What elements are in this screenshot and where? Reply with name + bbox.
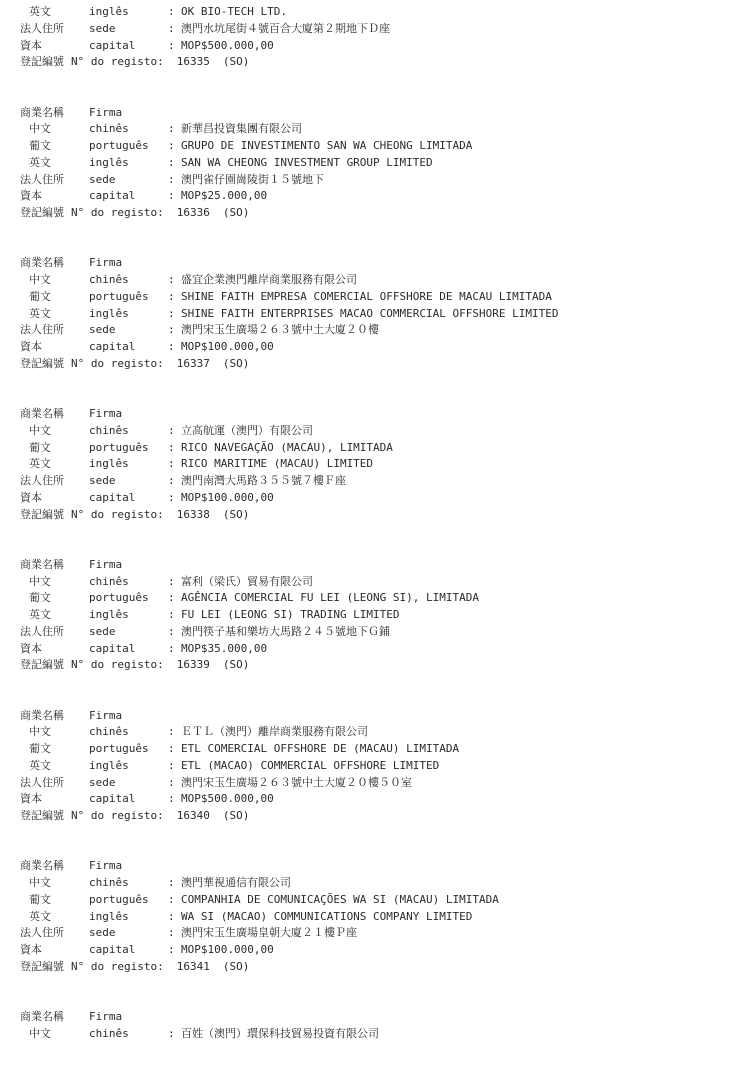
label-portugues-zh: 葡文: [20, 590, 89, 607]
label-sede-pt: sede: [89, 775, 168, 792]
company-name-portuguese: AGÊNCIA COMERCIAL FU LEI (LEONG SI), LIM…: [181, 590, 479, 607]
company-name-portuguese-row: 葡文português:ETL COMERCIAL OFFSHORE DE (M…: [20, 741, 741, 758]
capital-amount-row: 資本capital:MOP$500.000,00: [20, 38, 741, 55]
label-firma-zh: 商業名稱: [20, 557, 89, 574]
company-name-english-row: 英文inglês:SAN WA CHEONG INVESTMENT GROUP …: [20, 155, 741, 172]
company-name-portuguese: RICO NAVEGAÇÃO (MACAU), LIMITADA: [181, 440, 393, 457]
company-name-portuguese-row: 葡文português:RICO NAVEGAÇÃO (MACAU), LIMI…: [20, 440, 741, 457]
colon: :: [168, 624, 181, 641]
label-registo-zh: 登記編號: [20, 657, 64, 674]
capital-amount-row: 資本capital:MOP$500.000,00: [20, 791, 741, 808]
company-name-portuguese: COMPANHIA DE COMUNICAÇÕES WA SI (MACAU) …: [181, 892, 499, 909]
company-name-english: ETL (MACAO) COMMERCIAL OFFSHORE LIMITED: [181, 758, 439, 775]
label-ingles-pt: inglês: [89, 306, 168, 323]
label-capital-pt: capital: [89, 339, 168, 356]
colon: :: [168, 339, 181, 356]
label-capital-zh: 資本: [20, 490, 89, 507]
company-name-english-row: 英文inglês:OK BIO-TECH LTD.: [20, 4, 741, 21]
company-name-english: RICO MARITIME (MACAU) LIMITED: [181, 456, 373, 473]
capital-amount: MOP$100.000,00: [181, 942, 274, 959]
label-portugues-zh: 葡文: [20, 440, 89, 457]
registration-suffix: (SO): [223, 356, 250, 373]
registration-number: 16341: [177, 959, 210, 976]
capital-amount: MOP$500.000,00: [181, 38, 274, 55]
registered-office: 澳門宋玉生廣場２６３號中土大廈２０樓５０室: [181, 775, 412, 792]
registration-number: 16335: [177, 54, 210, 71]
label-ingles-pt: inglês: [89, 758, 168, 775]
registered-office-row: 法人住所sede:澳門水坑尾街４號百合大廈第２期地下Ｄ座: [20, 21, 741, 38]
label-capital-pt: capital: [89, 490, 168, 507]
registration-number-row: 登記編號N° do registo:16341(SO): [20, 959, 741, 976]
label-registo-pt: N° do registo:: [71, 356, 164, 373]
colon: :: [168, 590, 181, 607]
label-chines-pt: chinês: [89, 574, 168, 591]
label-registo-pt: N° do registo:: [71, 657, 164, 674]
label-sede-zh: 法人住所: [20, 925, 89, 942]
label-capital-pt: capital: [89, 38, 168, 55]
registration-number-row: 登記編號N° do registo:16335(SO): [20, 54, 741, 71]
colon: :: [168, 289, 181, 306]
registration-number-row: 登記編號N° do registo:16337(SO): [20, 356, 741, 373]
label-ingles-zh: 英文: [20, 306, 89, 323]
registration-number-row: 登記編號N° do registo:16338(SO): [20, 507, 741, 524]
registration-entry: 商業名稱Firma中文chinês:澳門華視通信有限公司葡文português:…: [20, 858, 741, 975]
registered-office: 澳門南灣大馬路３５５號７樓Ｆ座: [181, 473, 346, 490]
label-chines-zh: 中文: [20, 1026, 89, 1043]
company-name-chinese: ＥＴＬ（澳門）離岸商業服務有限公司: [181, 724, 368, 741]
label-firma-zh: 商業名稱: [20, 255, 89, 272]
label-ingles-zh: 英文: [20, 607, 89, 624]
label-portugues-zh: 葡文: [20, 138, 89, 155]
colon: :: [168, 38, 181, 55]
registered-office-row: 法人住所sede:澳門南灣大馬路３５５號７樓Ｆ座: [20, 473, 741, 490]
label-sede-zh: 法人住所: [20, 473, 89, 490]
label-sede-zh: 法人住所: [20, 775, 89, 792]
label-portugues-zh: 葡文: [20, 892, 89, 909]
label-portugues-pt: português: [89, 289, 168, 306]
firma-header-row: 商業名稱Firma: [20, 1009, 741, 1026]
registration-entry: 商業名稱Firma中文chinês:立高航運（澳門）有限公司葡文portuguê…: [20, 406, 741, 523]
label-firma-pt: Firma: [89, 105, 168, 122]
capital-amount: MOP$500.000,00: [181, 791, 274, 808]
colon: :: [168, 892, 181, 909]
label-portugues-pt: português: [89, 741, 168, 758]
label-sede-pt: sede: [89, 21, 168, 38]
colon: :: [168, 574, 181, 591]
company-name-portuguese-row: 葡文português:GRUPO DE INVESTIMENTO SAN WA…: [20, 138, 741, 155]
label-registo-pt: N° do registo:: [71, 507, 164, 524]
colon: :: [168, 121, 181, 138]
label-registo-zh: 登記編號: [20, 959, 64, 976]
label-capital-zh: 資本: [20, 791, 89, 808]
company-name-portuguese: GRUPO DE INVESTIMENTO SAN WA CHEONG LIMI…: [181, 138, 472, 155]
label-sede-pt: sede: [89, 322, 168, 339]
label-chines-zh: 中文: [20, 574, 89, 591]
company-name-chinese-row: 中文chinês:百姓（澳門）環保科技貿易投資有限公司: [20, 1026, 741, 1043]
firma-header-row: 商業名稱Firma: [20, 105, 741, 122]
firma-header-row: 商業名稱Firma: [20, 557, 741, 574]
registration-suffix: (SO): [223, 657, 250, 674]
colon: :: [168, 306, 181, 323]
label-firma-zh: 商業名稱: [20, 406, 89, 423]
label-capital-pt: capital: [89, 188, 168, 205]
gazette-page: 英文inglês:OK BIO-TECH LTD.法人住所sede:澳門水坑尾街…: [0, 0, 749, 1067]
label-chines-pt: chinês: [89, 423, 168, 440]
colon: :: [168, 741, 181, 758]
registered-office-row: 法人住所sede:澳門雀仔園崗陵街１５號地下: [20, 172, 741, 189]
company-name-english: SAN WA CHEONG INVESTMENT GROUP LIMITED: [181, 155, 433, 172]
colon: :: [168, 188, 181, 205]
label-registo-pt: N° do registo:: [71, 54, 164, 71]
capital-amount-row: 資本capital:MOP$100.000,00: [20, 942, 741, 959]
label-chines-zh: 中文: [20, 121, 89, 138]
colon: :: [168, 724, 181, 741]
label-ingles-zh: 英文: [20, 155, 89, 172]
label-registo-pt: N° do registo:: [71, 205, 164, 222]
registration-suffix: (SO): [223, 959, 250, 976]
label-ingles-zh: 英文: [20, 909, 89, 926]
company-name-portuguese-row: 葡文português:SHINE FAITH EMPRESA COMERCIA…: [20, 289, 741, 306]
company-name-chinese: 百姓（澳門）環保科技貿易投資有限公司: [181, 1026, 379, 1043]
label-capital-zh: 資本: [20, 942, 89, 959]
colon: :: [168, 490, 181, 507]
label-portugues-zh: 葡文: [20, 741, 89, 758]
label-portugues-pt: português: [89, 892, 168, 909]
label-capital-zh: 資本: [20, 641, 89, 658]
registration-number: 16338: [177, 507, 210, 524]
label-ingles-zh: 英文: [20, 758, 89, 775]
registration-number-row: 登記編號N° do registo:16340(SO): [20, 808, 741, 825]
label-firma-zh: 商業名稱: [20, 708, 89, 725]
registered-office: 澳門筷子基和樂坊大馬路２４５號地下Ｇ鋪: [181, 624, 390, 641]
label-capital-pt: capital: [89, 942, 168, 959]
colon: :: [168, 172, 181, 189]
registration-entry: 商業名稱Firma中文chinês:百姓（澳門）環保科技貿易投資有限公司: [20, 1009, 741, 1043]
label-capital-zh: 資本: [20, 38, 89, 55]
registration-number: 16337: [177, 356, 210, 373]
registration-entries: 英文inglês:OK BIO-TECH LTD.法人住所sede:澳門水坑尾街…: [20, 4, 741, 1043]
label-sede-pt: sede: [89, 172, 168, 189]
company-name-portuguese: ETL COMERCIAL OFFSHORE DE (MACAU) LIMITA…: [181, 741, 459, 758]
registration-suffix: (SO): [223, 808, 250, 825]
colon: :: [168, 423, 181, 440]
label-chines-pt: chinês: [89, 724, 168, 741]
registration-number-row: 登記編號N° do registo:16339(SO): [20, 657, 741, 674]
company-name-chinese: 富利（梁氏）貿易有限公司: [181, 574, 313, 591]
registered-office: 澳門宋玉生廣場皇朝大廈２１樓Ｐ座: [181, 925, 357, 942]
colon: :: [168, 1026, 181, 1043]
label-registo-pt: N° do registo:: [71, 959, 164, 976]
label-registo-zh: 登記編號: [20, 205, 64, 222]
label-firma-zh: 商業名稱: [20, 858, 89, 875]
capital-amount-row: 資本capital:MOP$100.000,00: [20, 339, 741, 356]
colon: :: [168, 138, 181, 155]
registered-office: 澳門水坑尾街４號百合大廈第２期地下Ｄ座: [181, 21, 390, 38]
company-name-chinese: 新華昌投資集團有限公司: [181, 121, 302, 138]
label-firma-pt: Firma: [89, 708, 168, 725]
registered-office: 澳門雀仔園崗陵街１５號地下: [181, 172, 324, 189]
capital-amount: MOP$100.000,00: [181, 490, 274, 507]
registration-suffix: (SO): [223, 54, 250, 71]
label-portugues-pt: português: [89, 440, 168, 457]
label-chines-zh: 中文: [20, 272, 89, 289]
colon: :: [168, 775, 181, 792]
company-name-chinese: 立高航運（澳門）有限公司: [181, 423, 313, 440]
label-ingles-pt: inglês: [89, 4, 168, 21]
firma-header-row: 商業名稱Firma: [20, 406, 741, 423]
registration-suffix: (SO): [223, 507, 250, 524]
firma-header-row: 商業名稱Firma: [20, 255, 741, 272]
label-chines-pt: chinês: [89, 875, 168, 892]
label-chines-zh: 中文: [20, 875, 89, 892]
colon: :: [168, 641, 181, 658]
registered-office-row: 法人住所sede:澳門筷子基和樂坊大馬路２４５號地下Ｇ鋪: [20, 624, 741, 641]
label-portugues-pt: português: [89, 138, 168, 155]
label-portugues-zh: 葡文: [20, 289, 89, 306]
label-ingles-pt: inglês: [89, 456, 168, 473]
colon: :: [168, 875, 181, 892]
company-name-english-row: 英文inglês:WA SI (MACAO) COMMUNICATIONS CO…: [20, 909, 741, 926]
colon: :: [168, 155, 181, 172]
label-firma-pt: Firma: [89, 1009, 168, 1026]
label-sede-zh: 法人住所: [20, 21, 89, 38]
registration-number-row: 登記編號N° do registo:16336(SO): [20, 205, 741, 222]
company-name-english-row: 英文inglês:RICO MARITIME (MACAU) LIMITED: [20, 456, 741, 473]
company-name-portuguese-row: 葡文português:COMPANHIA DE COMUNICAÇÕES WA…: [20, 892, 741, 909]
company-name-chinese-row: 中文chinês:富利（梁氏）貿易有限公司: [20, 574, 741, 591]
registration-number: 16340: [177, 808, 210, 825]
colon: :: [168, 473, 181, 490]
label-firma-pt: Firma: [89, 406, 168, 423]
label-sede-zh: 法人住所: [20, 624, 89, 641]
capital-amount: MOP$35.000,00: [181, 641, 267, 658]
company-name-portuguese: SHINE FAITH EMPRESA COMERCIAL OFFSHORE D…: [181, 289, 552, 306]
colon: :: [168, 4, 181, 21]
colon: :: [168, 322, 181, 339]
company-name-chinese-row: 中文chinês:新華昌投資集團有限公司: [20, 121, 741, 138]
label-sede-zh: 法人住所: [20, 322, 89, 339]
label-ingles-pt: inglês: [89, 607, 168, 624]
label-firma-pt: Firma: [89, 858, 168, 875]
label-capital-pt: capital: [89, 641, 168, 658]
company-name-chinese: 盛宜企業澳門離岸商業服務有限公司: [181, 272, 357, 289]
company-name-chinese-row: 中文chinês:盛宜企業澳門離岸商業服務有限公司: [20, 272, 741, 289]
colon: :: [168, 607, 181, 624]
capital-amount: MOP$100.000,00: [181, 339, 274, 356]
colon: :: [168, 440, 181, 457]
company-name-english: FU LEI (LEONG SI) TRADING LIMITED: [181, 607, 400, 624]
registration-entry: 商業名稱Firma中文chinês:富利（梁氏）貿易有限公司葡文portuguê…: [20, 557, 741, 674]
label-chines-zh: 中文: [20, 724, 89, 741]
label-sede-zh: 法人住所: [20, 172, 89, 189]
registered-office: 澳門宋玉生廣場２６３號中土大廈２０樓: [181, 322, 379, 339]
colon: :: [168, 456, 181, 473]
colon: :: [168, 21, 181, 38]
company-name-english: WA SI (MACAO) COMMUNICATIONS COMPANY LIM…: [181, 909, 472, 926]
registration-entry: 商業名稱Firma中文chinês:新華昌投資集團有限公司葡文português…: [20, 105, 741, 222]
label-chines-pt: chinês: [89, 121, 168, 138]
company-name-chinese-row: 中文chinês:ＥＴＬ（澳門）離岸商業服務有限公司: [20, 724, 741, 741]
registration-suffix: (SO): [223, 205, 250, 222]
label-registo-zh: 登記編號: [20, 507, 64, 524]
company-name-english-row: 英文inglês:SHINE FAITH ENTERPRISES MACAO C…: [20, 306, 741, 323]
label-sede-pt: sede: [89, 473, 168, 490]
registration-entry: 英文inglês:OK BIO-TECH LTD.法人住所sede:澳門水坑尾街…: [20, 4, 741, 71]
registered-office-row: 法人住所sede:澳門宋玉生廣場皇朝大廈２１樓Ｐ座: [20, 925, 741, 942]
firma-header-row: 商業名稱Firma: [20, 858, 741, 875]
registration-number: 16339: [177, 657, 210, 674]
label-registo-zh: 登記編號: [20, 54, 64, 71]
firma-header-row: 商業名稱Firma: [20, 708, 741, 725]
colon: :: [168, 942, 181, 959]
label-registo-pt: N° do registo:: [71, 808, 164, 825]
label-chines-pt: chinês: [89, 1026, 168, 1043]
registration-number: 16336: [177, 205, 210, 222]
label-capital-pt: capital: [89, 791, 168, 808]
label-firma-pt: Firma: [89, 255, 168, 272]
label-registo-zh: 登記編號: [20, 356, 64, 373]
capital-amount: MOP$25.000,00: [181, 188, 267, 205]
company-name-english: SHINE FAITH ENTERPRISES MACAO COMMERCIAL…: [181, 306, 559, 323]
label-capital-zh: 資本: [20, 339, 89, 356]
colon: :: [168, 791, 181, 808]
label-sede-pt: sede: [89, 624, 168, 641]
registration-entry: 商業名稱Firma中文chinês:盛宜企業澳門離岸商業服務有限公司葡文port…: [20, 255, 741, 372]
colon: :: [168, 758, 181, 775]
registered-office-row: 法人住所sede:澳門宋玉生廣場２６３號中土大廈２０樓: [20, 322, 741, 339]
label-ingles-pt: inglês: [89, 909, 168, 926]
label-firma-zh: 商業名稱: [20, 1009, 89, 1026]
label-registo-zh: 登記編號: [20, 808, 64, 825]
colon: :: [168, 925, 181, 942]
label-ingles-zh: 英文: [20, 4, 89, 21]
company-name-chinese: 澳門華視通信有限公司: [181, 875, 291, 892]
label-capital-zh: 資本: [20, 188, 89, 205]
company-name-portuguese-row: 葡文português:AGÊNCIA COMERCIAL FU LEI (LE…: [20, 590, 741, 607]
capital-amount-row: 資本capital:MOP$35.000,00: [20, 641, 741, 658]
company-name-chinese-row: 中文chinês:立高航運（澳門）有限公司: [20, 423, 741, 440]
company-name-english: OK BIO-TECH LTD.: [181, 4, 287, 21]
label-portugues-pt: português: [89, 590, 168, 607]
colon: :: [168, 272, 181, 289]
label-ingles-pt: inglês: [89, 155, 168, 172]
label-chines-zh: 中文: [20, 423, 89, 440]
registration-entry: 商業名稱Firma中文chinês:ＥＴＬ（澳門）離岸商業服務有限公司葡文por…: [20, 708, 741, 825]
company-name-english-row: 英文inglês:FU LEI (LEONG SI) TRADING LIMIT…: [20, 607, 741, 624]
label-sede-pt: sede: [89, 925, 168, 942]
capital-amount-row: 資本capital:MOP$25.000,00: [20, 188, 741, 205]
company-name-english-row: 英文inglês:ETL (MACAO) COMMERCIAL OFFSHORE…: [20, 758, 741, 775]
company-name-chinese-row: 中文chinês:澳門華視通信有限公司: [20, 875, 741, 892]
label-firma-zh: 商業名稱: [20, 105, 89, 122]
label-ingles-zh: 英文: [20, 456, 89, 473]
registered-office-row: 法人住所sede:澳門宋玉生廣場２６３號中土大廈２０樓５０室: [20, 775, 741, 792]
capital-amount-row: 資本capital:MOP$100.000,00: [20, 490, 741, 507]
colon: :: [168, 909, 181, 926]
label-chines-pt: chinês: [89, 272, 168, 289]
label-firma-pt: Firma: [89, 557, 168, 574]
